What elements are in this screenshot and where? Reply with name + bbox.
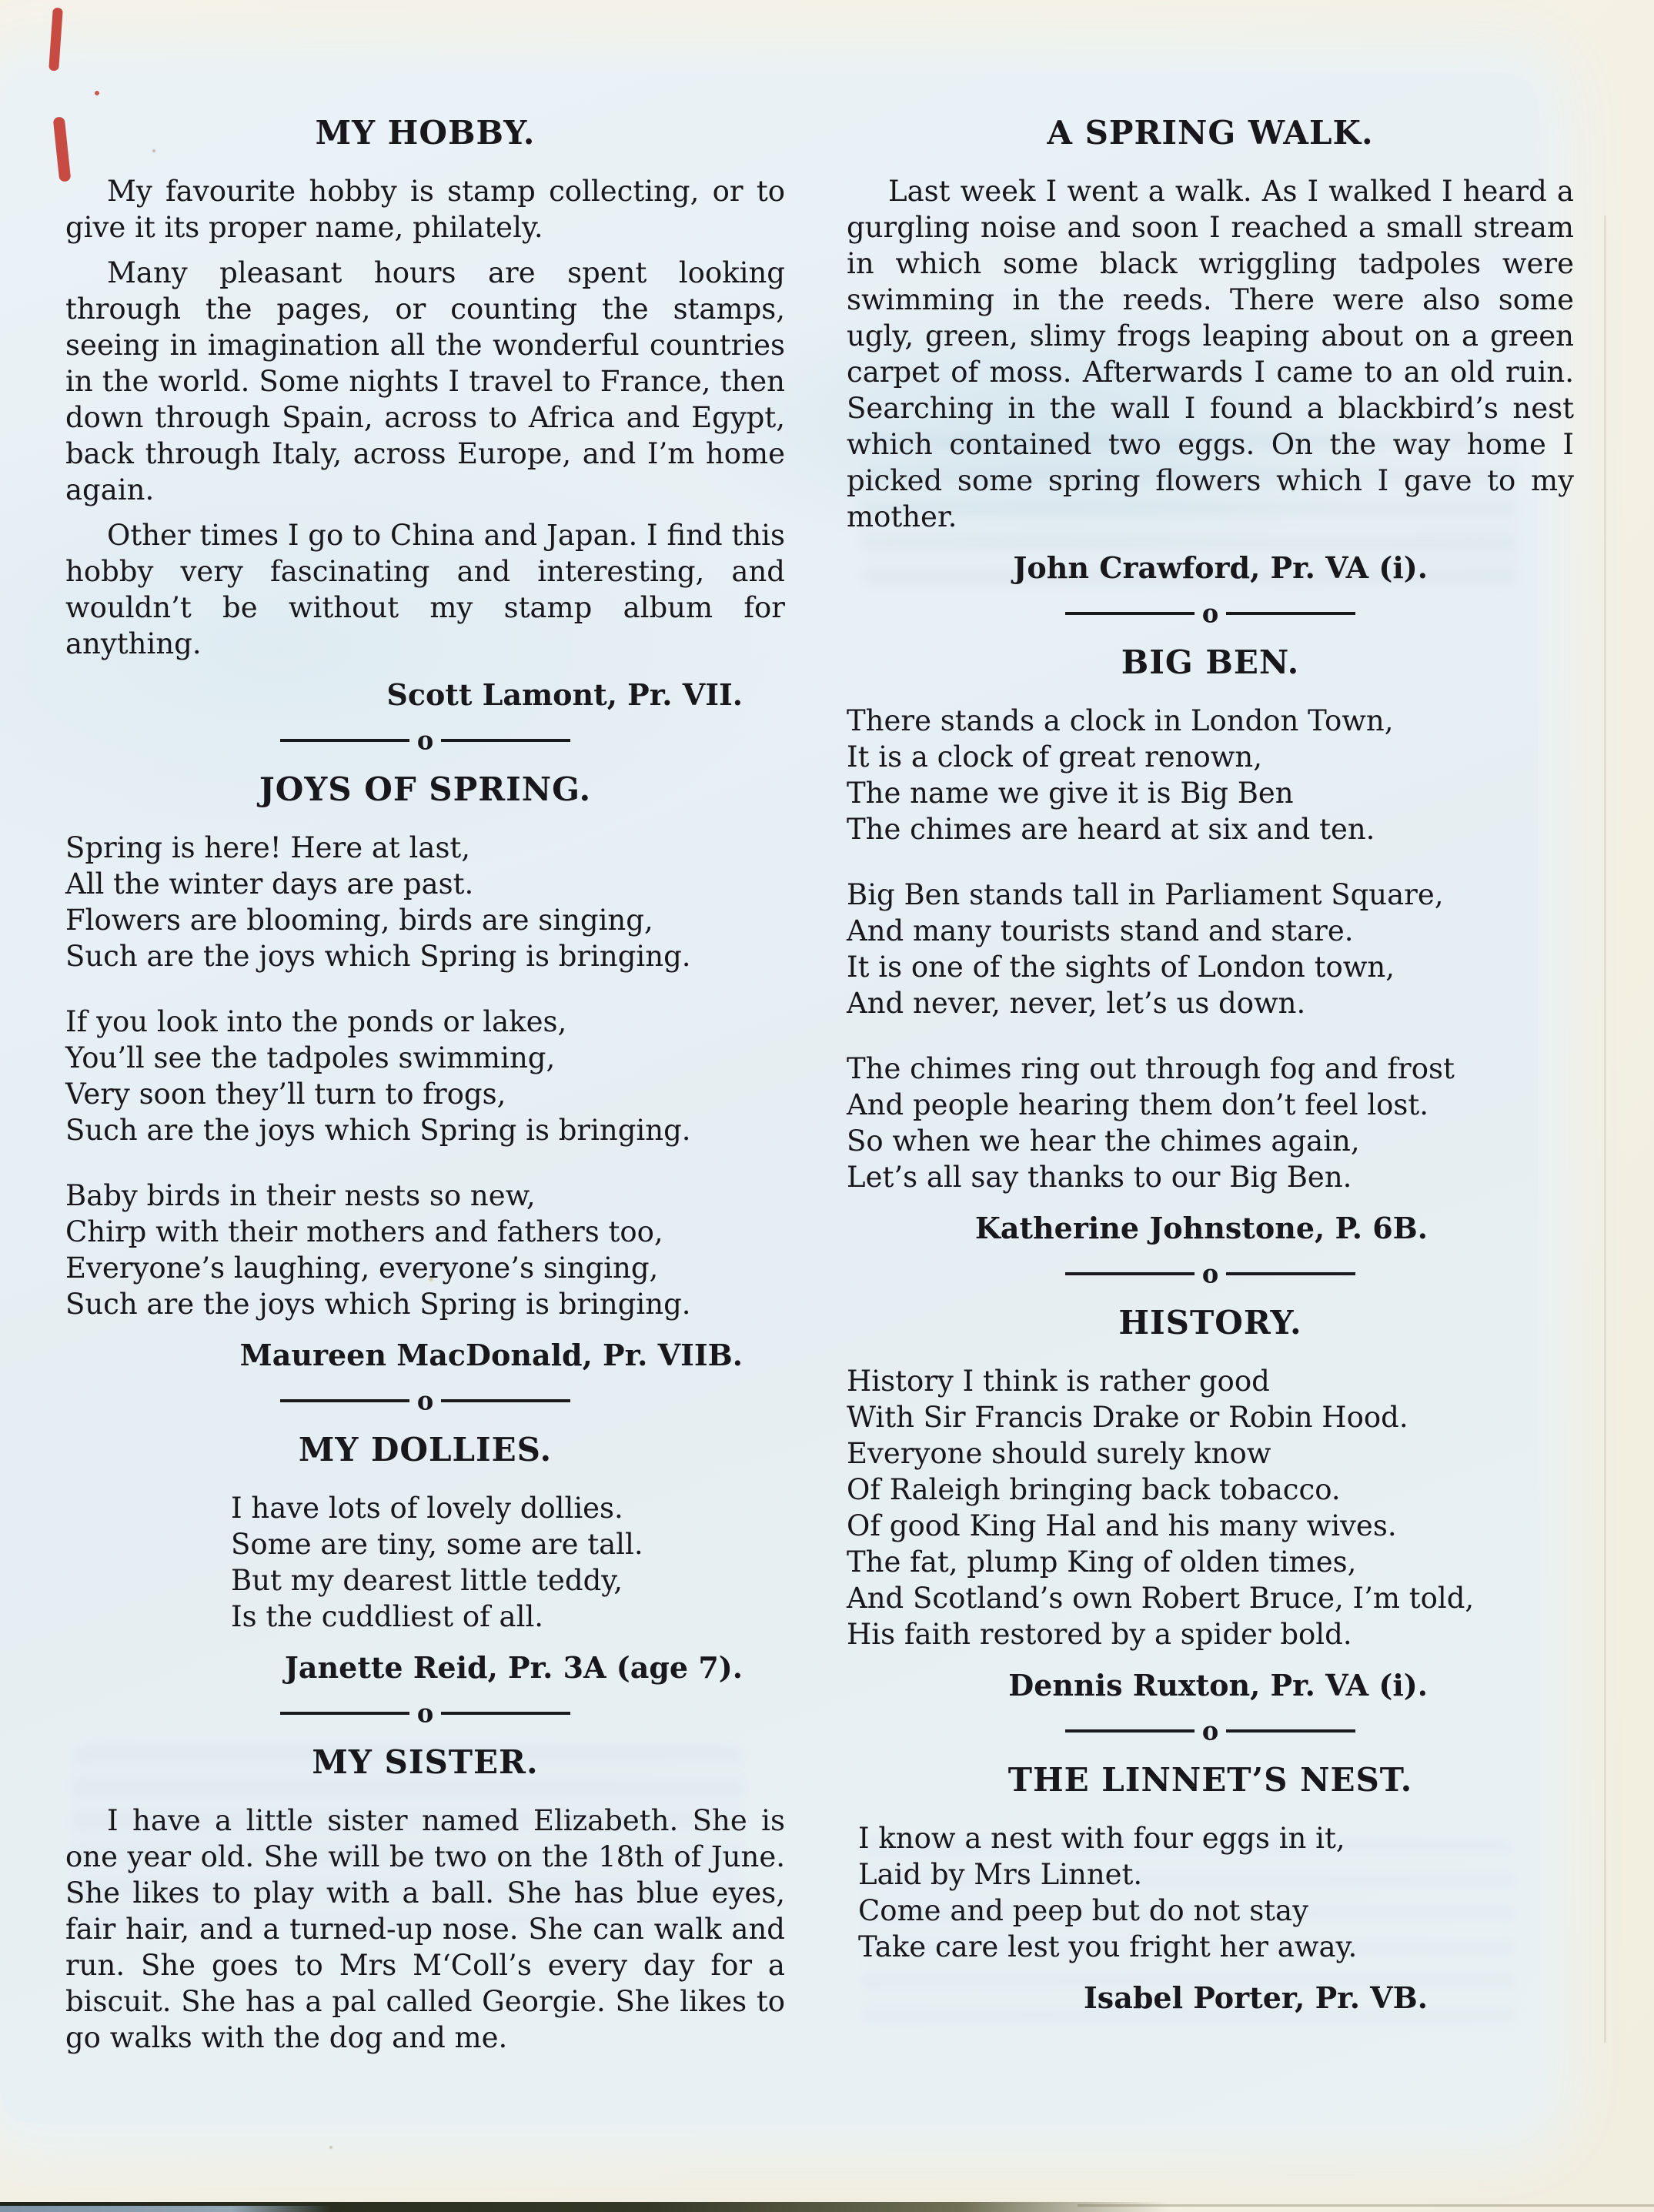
article-title: MY DOLLIES. — [65, 1431, 785, 1469]
article-title: JOYS OF SPRING. — [65, 770, 785, 808]
prose-paragraph: I have a little sister named Elizabeth. … — [65, 1803, 785, 2056]
poem-line: Is the cuddliest of all. — [65, 1599, 785, 1635]
prose-paragraph: My favourite hobby is stamp collecting, … — [65, 173, 785, 246]
divider-rule — [441, 739, 570, 742]
poem-line: There stands a clock in London Town, — [847, 703, 1574, 739]
poem-stanza: I have lots of lovely dollies. Some are … — [65, 1490, 785, 1635]
poem-line: I know a nest with four eggs in it, — [847, 1820, 1574, 1856]
scanned-magazine-page: MY HOBBY. My favourite hobby is stamp co… — [0, 0, 1654, 2212]
divider-rule — [1065, 612, 1195, 615]
divider-ornament: o — [417, 1702, 433, 1723]
article-title: BIG BEN. — [847, 643, 1574, 681]
article-body: Spring is here! Here at last, All the wi… — [65, 830, 785, 1322]
poem-line: With Sir Francis Drake or Robin Hood. — [847, 1399, 1574, 1435]
author-attribution: Dennis Ruxton, Pr. VA (i). — [847, 1668, 1574, 1702]
left-column: MY HOBBY. My favourite hobby is stamp co… — [65, 114, 785, 2065]
poem-line: Big Ben stands tall in Parliament Square… — [847, 877, 1574, 913]
poem-line: You’ll see the tadpoles swimming, — [65, 1040, 785, 1076]
divider-rule — [280, 739, 409, 742]
article-body: I have lots of lovely dollies. Some are … — [65, 1490, 785, 1635]
prose-paragraph: Many pleasant hours are spent looking th… — [65, 255, 785, 508]
red-pen-mark — [48, 8, 63, 72]
divider-rule — [1065, 1272, 1195, 1275]
poem-line: Flowers are blooming, birds are singing, — [65, 902, 785, 938]
article-body: My favourite hobby is stamp collecting, … — [65, 173, 785, 662]
poem-line: It is one of the sights of London town, — [847, 949, 1574, 985]
poem-stanza: There stands a clock in London Town, It … — [847, 703, 1574, 847]
article-title: THE LINNET’S NEST. — [847, 1761, 1574, 1799]
section-divider: o — [65, 1703, 785, 1723]
author-attribution: Scott Lamont, Pr. VII. — [65, 677, 785, 712]
right-column: A SPRING WALK. Last week I went a walk. … — [847, 114, 1574, 2026]
author-attribution: Janette Reid, Pr. 3A (age 7). — [65, 1650, 785, 1685]
poem-stanza: Big Ben stands tall in Parliament Square… — [847, 877, 1574, 1021]
author-attribution: Katherine Johnstone, P. 6B. — [847, 1211, 1574, 1245]
divider-rule — [441, 1399, 570, 1402]
divider-rule — [441, 1712, 570, 1715]
poem-line: Everyone’s laughing, everyone’s singing, — [65, 1250, 785, 1286]
poem-line: So when we hear the chimes again, — [847, 1123, 1574, 1159]
poem-line: Let’s all say thanks to our Big Ben. — [847, 1159, 1574, 1195]
section-divider: o — [65, 730, 785, 750]
poem-line: Such are the joys which Spring is bringi… — [65, 938, 785, 974]
poem-line: And never, never, let’s us down. — [847, 985, 1574, 1021]
divider-rule — [280, 1399, 409, 1402]
divider-ornament: o — [1202, 603, 1218, 623]
poem-stanza: Baby birds in their nests so new, Chirp … — [65, 1178, 785, 1322]
article-body: I know a nest with four eggs in it, Laid… — [847, 1820, 1574, 1965]
article-joys-of-spring: JOYS OF SPRING. Spring is here! Here at … — [65, 770, 785, 1372]
article-my-sister: MY SISTER. I have a little sister named … — [65, 1743, 785, 2056]
article-the-linnets-nest: THE LINNET’S NEST. I know a nest with fo… — [847, 1761, 1574, 2015]
prose-paragraph: Other times I go to China and Japan. I f… — [65, 517, 785, 662]
article-title: A SPRING WALK. — [847, 114, 1574, 152]
poem-line: Such are the joys which Spring is bringi… — [65, 1112, 785, 1148]
poem-line: Laid by Mrs Linnet. — [847, 1856, 1574, 1893]
prose-paragraph: Last week I went a walk. As I walked I h… — [847, 173, 1574, 535]
poem-line: But my dearest little teddy, — [65, 1562, 785, 1599]
poem-line: Very soon they’ll turn to frogs, — [65, 1076, 785, 1112]
poem-stanza: If you look into the ponds or lakes, You… — [65, 1004, 785, 1148]
article-body: There stands a clock in London Town, It … — [847, 703, 1574, 1195]
poem-line: Of Raleigh bringing back tobacco. — [847, 1472, 1574, 1508]
poem-line: All the winter days are past. — [65, 866, 785, 902]
poem-line: And Scotland’s own Robert Bruce, I’m tol… — [847, 1580, 1574, 1616]
poem-stanza: I know a nest with four eggs in it, Laid… — [847, 1820, 1574, 1965]
author-attribution: John Crawford, Pr. VA (i). — [847, 550, 1574, 585]
article-title: MY SISTER. — [65, 1743, 785, 1781]
poem-stanza: The chimes ring out through fog and fros… — [847, 1051, 1574, 1195]
poem-line: If you look into the ponds or lakes, — [65, 1004, 785, 1040]
article-a-spring-walk: A SPRING WALK. Last week I went a walk. … — [847, 114, 1574, 585]
poem-line: Come and peep but do not stay — [847, 1893, 1574, 1929]
poem-line: The fat, plump King of olden times, — [847, 1544, 1574, 1580]
divider-rule — [1226, 1729, 1355, 1733]
divider-rule — [1065, 1729, 1195, 1733]
scan-bottom-edge-blue — [0, 2206, 331, 2212]
divider-rule — [1226, 1272, 1355, 1275]
divider-rule — [1226, 612, 1355, 615]
poem-line: Of good King Hal and his many wives. — [847, 1508, 1574, 1544]
article-body: I have a little sister named Elizabeth. … — [65, 1803, 785, 2056]
poem-line: Chirp with their mothers and fathers too… — [65, 1214, 785, 1250]
divider-rule — [280, 1712, 409, 1715]
poem-line: I have lots of lovely dollies. — [65, 1490, 785, 1526]
article-body: History I think is rather good With Sir … — [847, 1363, 1574, 1652]
author-attribution: Maureen MacDonald, Pr. VIIB. — [65, 1338, 785, 1372]
article-my-dollies: MY DOLLIES. I have lots of lovely dollie… — [65, 1431, 785, 1685]
poem-line: The name we give it is Big Ben — [847, 775, 1574, 811]
author-attribution: Isabel Porter, Pr. VB. — [847, 1980, 1574, 2015]
section-divider: o — [847, 1264, 1574, 1284]
poem-line: And people hearing them don’t feel lost. — [847, 1087, 1574, 1123]
poem-line: History I think is rather good — [847, 1363, 1574, 1399]
section-divider: o — [847, 1721, 1574, 1741]
poem-line: Spring is here! Here at last, — [65, 830, 785, 866]
poem-line: Take care lest you fright her away. — [847, 1929, 1574, 1965]
poem-line: The chimes ring out through fog and fros… — [847, 1051, 1574, 1087]
red-pen-speck — [95, 91, 99, 95]
poem-stanza: Spring is here! Here at last, All the wi… — [65, 830, 785, 974]
article-history: HISTORY. History I think is rather good … — [847, 1304, 1574, 1702]
poem-line: Such are the joys which Spring is bringi… — [65, 1286, 785, 1322]
poem-stanza: History I think is rather good With Sir … — [847, 1363, 1574, 1652]
poem-line: And many tourists stand and stare. — [847, 913, 1574, 949]
divider-ornament: o — [1202, 1263, 1218, 1284]
divider-ornament: o — [417, 730, 433, 750]
poem-line: It is a clock of great renown, — [847, 739, 1574, 775]
article-title: MY HOBBY. — [65, 114, 785, 152]
article-big-ben: BIG BEN. There stands a clock in London … — [847, 643, 1574, 1245]
poem-line: Everyone should surely know — [847, 1435, 1574, 1472]
article-my-hobby: MY HOBBY. My favourite hobby is stamp co… — [65, 114, 785, 712]
scan-bottom-edge-thin — [1078, 2204, 1654, 2207]
poem-line: The chimes are heard at six and ten. — [847, 811, 1574, 847]
divider-ornament: o — [1202, 1720, 1218, 1741]
poem-line: Some are tiny, some are tall. — [65, 1526, 785, 1562]
section-divider: o — [65, 1391, 785, 1411]
divider-ornament: o — [417, 1390, 433, 1411]
section-divider: o — [847, 603, 1574, 623]
poem-line: Baby birds in their nests so new, — [65, 1178, 785, 1214]
article-title: HISTORY. — [847, 1304, 1574, 1342]
page-crease — [1604, 216, 1606, 2043]
article-body: Last week I went a walk. As I walked I h… — [847, 173, 1574, 535]
poem-line: His faith restored by a spider bold. — [847, 1616, 1574, 1652]
